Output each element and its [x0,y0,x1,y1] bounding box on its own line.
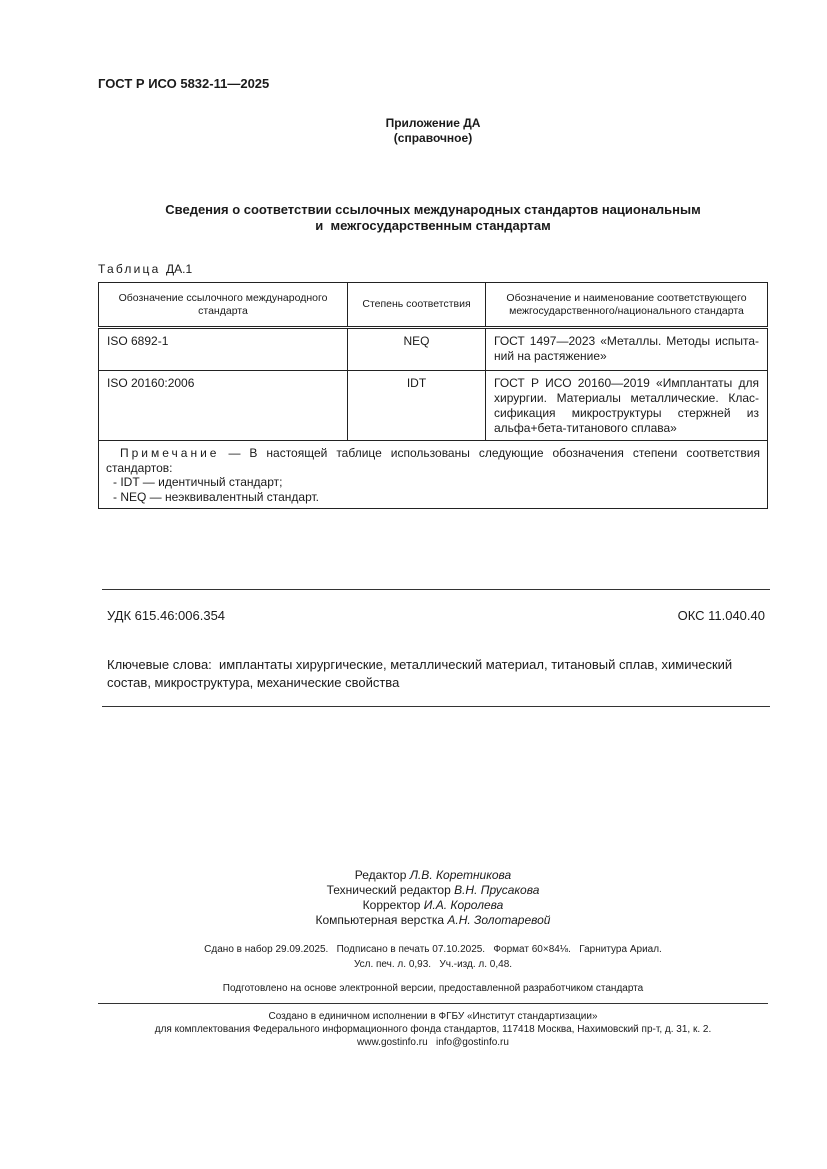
table-note: Примечание — В настоящей таблице использ… [99,441,768,509]
table-caption-number: ДА.1 [166,262,192,276]
table-caption-label: Таблица [98,262,160,276]
publisher-line1: Создано в единичном исполнении в ФГБУ «И… [98,1010,768,1023]
note-label: Примечание [120,446,219,460]
keywords-label: Ключевые слова: [107,657,212,672]
appendix-heading: Приложение ДА (справочное) [0,116,827,146]
divider-keywords [102,706,770,707]
credit-role: Редактор [355,868,410,882]
print-info-line1: Сдано в набор 29.09.2025. Подписано в пе… [98,942,768,957]
credit-role: Технический редактор [327,883,455,897]
section-title-line1: Сведения о соответствии ссылочных междун… [98,202,768,218]
cell-degree: IDT [348,371,486,441]
header-intl-standard: Обозначение ссылочного международного ст… [99,283,348,328]
credit-layout: Компьютерная верстка А.Н. Золотаревой [98,913,768,928]
publisher-website-link[interactable]: www.gostinfo.ru [357,1037,428,1048]
section-title-line2: и межгосударственным стандартам [98,218,768,234]
cell-intl-standard: ISO 20160:2006 [99,371,348,441]
oks-code: ОКС 11.040.40 [678,608,765,623]
publisher-email-link[interactable]: info@gostinfo.ru [436,1037,509,1048]
cell-degree: NEQ [348,328,486,371]
header-degree: Степень соответствия [348,283,486,328]
credit-name: И.А. Королева [424,898,504,912]
table-note-row: Примечание — В настоящей таблице использ… [99,441,768,509]
section-title: Сведения о соответствии ссылочных междун… [98,202,768,234]
divider-publisher [98,1003,768,1004]
publisher-contacts: www.gostinfo.ru info@gostinfo.ru [98,1036,768,1049]
appendix-subtitle: (справочное) [0,131,827,146]
cell-intl-standard: ISO 6892-1 [99,328,348,371]
keywords: Ключевые слова: имплантаты хирургические… [107,656,770,692]
credit-role: Корректор [363,898,424,912]
credits-block: Редактор Л.В. Коретникова Технический ре… [98,868,768,928]
note-item-idt: - IDT — идентичный стандарт; [106,475,760,490]
table-row: ISO 6892-1 NEQ ГОСТ 1497—2023 «Металлы. … [99,328,768,371]
table-row: ISO 20160:2006 IDT ГОСТ Р ИСО 20160—2019… [99,371,768,441]
print-info: Сдано в набор 29.09.2025. Подписано в пе… [98,942,768,972]
publisher-line2: для комплектования Федерального информац… [98,1023,768,1036]
credit-role: Компьютерная верстка [316,913,448,927]
credit-name: А.Н. Золотаревой [447,913,550,927]
credit-proofreader: Корректор И.А. Королева [98,898,768,913]
credit-name: Л.В. Коретникова [410,868,511,882]
cell-national-standard: ГОСТ Р ИСО 20160—2019 «Имплантаты для хи… [486,371,768,441]
divider-top [102,589,770,590]
credit-name: В.Н. Прусакова [454,883,539,897]
credit-tech-editor: Технический редактор В.Н. Прусакова [98,883,768,898]
udk-code: УДК 615.46:006.354 [107,608,225,623]
credit-editor: Редактор Л.В. Коретникова [98,868,768,883]
header-national-standard: Обозначение и наименование соответствующ… [486,283,768,328]
print-info-line2: Усл. печ. л. 0,93. Уч.-изд. л. 0,48. [98,957,768,972]
note-item-neq: - NEQ — неэквивалентный стандарт. [106,490,760,505]
document-code: ГОСТ Р ИСО 5832-11—2025 [98,76,269,91]
table-caption: Таблица ДА.1 [98,262,192,276]
reference-standards-table: Обозначение ссылочного международного ст… [98,282,768,509]
appendix-title: Приложение ДА [0,116,827,131]
table-header-row: Обозначение ссылочного международного ст… [99,283,768,328]
cell-national-standard: ГОСТ 1497—2023 «Металлы. Методы испыта­н… [486,328,768,371]
prepared-note: Подготовлено на основе электронной верси… [98,983,768,994]
publisher-block: Создано в единичном исполнении в ФГБУ «И… [98,1010,768,1049]
